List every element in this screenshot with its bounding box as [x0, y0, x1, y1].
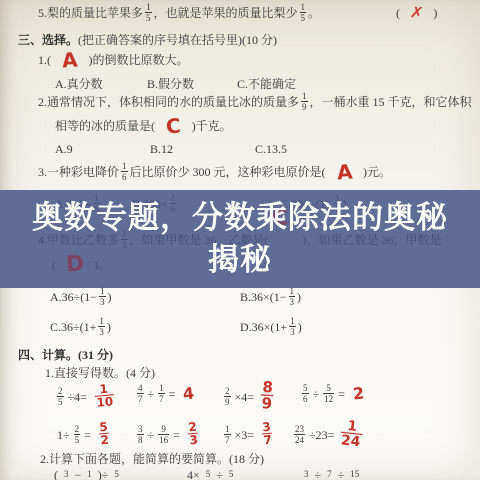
option-label: C.36÷(1+ — [50, 320, 96, 334]
numerator: 2 — [57, 387, 64, 396]
numerator: 5 — [325, 384, 332, 393]
denominator: 6 — [302, 393, 309, 404]
fraction: 29 — [224, 387, 231, 407]
option-label: D.36×(1+ — [240, 320, 287, 334]
numerator: 1 — [158, 384, 165, 393]
denominator: 5 — [57, 396, 64, 407]
operator: ÷ — [148, 428, 155, 442]
handwritten-answer-fraction: 110 — [94, 383, 115, 410]
handwritten-answer-a: A — [61, 49, 78, 70]
option-label: A.9 — [55, 142, 73, 156]
numerator: 3 — [302, 470, 311, 480]
fraction: 25 — [74, 425, 81, 445]
denominator: 7 — [158, 393, 165, 404]
numerator: 3 — [62, 470, 71, 480]
numerator: 3 — [137, 425, 144, 434]
calc-2-heading-text: 2.计算下面各题，能简算的要简算。(18 分) — [40, 452, 264, 466]
question-5-text: 5.梨的质量比苹果多 — [38, 6, 143, 20]
option-label-close: ) — [107, 320, 111, 334]
denominator: 16 — [158, 434, 169, 445]
denominator: 12 — [323, 393, 334, 404]
option-label: B.12 — [150, 142, 173, 156]
question-2-line-1: 2.通常情况下，体积相同的水的质量比冰的质量多 19 ，一桶水重 15 千克，和… — [38, 92, 472, 112]
option-label-close: ) — [298, 320, 302, 334]
numerator: 4 — [137, 384, 144, 393]
handwritten-answer: 2 — [352, 385, 365, 402]
numerator: 1 — [145, 3, 152, 12]
paren-open: ( — [396, 6, 400, 20]
equation-5: 1÷ 25 = 52 — [55, 422, 109, 447]
operator: ÷ — [315, 468, 322, 480]
question-4-option-c: C.36÷(1+ 13 ) — [50, 317, 111, 337]
numerator: 8 — [261, 381, 275, 395]
operand: 4× — [187, 468, 200, 480]
fraction-1-3: 13 — [99, 287, 106, 307]
equation-8: 2324 ÷23= 124 — [292, 422, 361, 447]
fraction-1-6: 16 — [121, 162, 128, 182]
denominator: 3 — [188, 433, 200, 448]
option-label: C.不能确定 — [237, 77, 296, 91]
numerator: 9 — [160, 425, 167, 434]
calc-2-expression-1: ( 3 − 1 )÷ 5 — [52, 468, 123, 480]
partial-fraction: 15 — [348, 470, 361, 480]
partial-fraction: 5 — [204, 470, 213, 480]
equals-sign: = — [173, 428, 180, 442]
fraction: 56 — [302, 384, 309, 404]
fraction-1-3: 13 — [289, 317, 296, 337]
denominator: 9 — [301, 101, 308, 112]
option-label: A.真分数 — [55, 77, 103, 91]
numerator: 7 — [325, 470, 334, 480]
handwritten-answer-a: A — [336, 161, 353, 182]
question-3-text-post: )元。 — [363, 165, 391, 179]
operator: ÷4= — [68, 390, 87, 404]
fraction: 17 — [224, 425, 231, 445]
handwritten-x-mark: ✗ — [409, 4, 425, 22]
operator: ×3= — [235, 428, 255, 442]
numerator: 23 — [294, 425, 305, 434]
question-1-line: 1.( A )的倒数比原数大。 — [38, 48, 188, 72]
option-label: C.13.5 — [255, 142, 287, 156]
numerator: 1 — [224, 425, 231, 434]
equation-4: 56 ÷ 512 = 2 — [300, 384, 364, 404]
operator: ×4= — [235, 390, 255, 404]
numerator: 1 — [99, 287, 106, 296]
denominator: 5 — [145, 12, 152, 23]
option-label: B.36×(1− — [240, 290, 287, 304]
section-3-note: (把正确答案的序号填在括号里)(10 分) — [78, 33, 277, 47]
denominator: 6 — [121, 171, 128, 182]
option-label: B.假分数 — [147, 77, 194, 91]
fraction: 916 — [158, 425, 169, 445]
equals-sign: = — [84, 428, 91, 442]
numerator: 1 — [121, 162, 128, 171]
equation-7: 17 ×3= 37 — [222, 422, 272, 447]
calc-2-expression-3: 3 ÷ 7 ÷ 15 — [300, 468, 363, 480]
fraction: 17 — [158, 384, 165, 404]
banner-title-line-2: 揭秘 — [208, 239, 272, 281]
question-3-text: 3.一种彩电降价 — [38, 165, 119, 179]
numerator: 1 — [301, 92, 308, 101]
section-4-title: 四、计算。(31 分) — [18, 348, 113, 362]
section-3-title: 三、选择。 — [18, 33, 78, 47]
equals-sign: = — [338, 387, 345, 401]
operator: − — [75, 468, 82, 480]
question-4-option-d: D.36×(1+ 13 ) — [240, 317, 302, 337]
question-2-option-a: A.9 — [55, 142, 73, 156]
operator: )÷ — [98, 468, 109, 480]
banner-title-line-1: 奥数专题，分数乘除法的奥秘 — [32, 197, 448, 239]
numerator: 1 — [98, 317, 105, 326]
calc-2-expression-2: 4× 5 ÷ 5 — [185, 468, 237, 480]
question-5-text-mid: ，也就是苹果的质量比梨少 — [154, 6, 298, 20]
partial-fraction: 5 — [112, 470, 121, 480]
option-label: A.36÷(1− — [50, 290, 97, 304]
question-1-option-a: A.真分数 — [55, 77, 103, 91]
denominator: 3 — [98, 326, 105, 337]
denominator: 3 — [99, 296, 106, 307]
operator: ÷ — [216, 468, 223, 480]
partial-fraction: 5 — [227, 470, 236, 480]
denominator: 3 — [289, 326, 296, 337]
fraction-1-5: 15 — [145, 3, 152, 23]
section-4-heading: 四、计算。(31 分) — [18, 348, 113, 362]
denominator: 8 — [137, 434, 144, 445]
denominator: 7 — [137, 393, 144, 404]
equation-6: 38 ÷ 916 = 23 — [135, 422, 198, 447]
question-2-text-2-post: )千克。 — [192, 119, 232, 133]
operand: 1÷ — [57, 428, 70, 442]
denominator: 9 — [260, 394, 274, 412]
denominator: 5 — [300, 12, 307, 23]
title-banner: A.300÷ 16 B.300× 16 C.300÷(1− 16 ) 4.甲数比… — [0, 190, 480, 288]
operator: ÷ — [148, 387, 155, 401]
fraction: 512 — [323, 384, 334, 404]
operator: ÷23= — [309, 428, 334, 442]
question-1-text-post: )的倒数比原数大。 — [88, 53, 188, 67]
question-2-option-c: C.13.5 — [255, 142, 287, 156]
denominator: 2 — [99, 433, 111, 448]
worksheet-page: 5.梨的质量比苹果多 15 ，也就是苹果的质量比梨少 15 。 ( ✗ ) 三、… — [0, 0, 480, 480]
calc-1-heading-text: 1.直接写得数。(4 分) — [45, 366, 155, 380]
question-1-option-c: C.不能确定 — [237, 77, 296, 91]
numerator: 2 — [74, 425, 81, 434]
paren-open: ( — [54, 468, 58, 480]
denominator: 7 — [224, 434, 231, 445]
question-5-line: 5.梨的质量比苹果多 15 ，也就是苹果的质量比梨少 15 。 — [38, 3, 320, 23]
partial-fraction: 3 — [302, 470, 311, 480]
fraction-1-3: 13 — [289, 287, 296, 307]
numerator: 1 — [289, 287, 296, 296]
denominator: 10 — [95, 394, 115, 410]
denominator: 7 — [262, 433, 274, 448]
option-label-close: ) — [108, 290, 112, 304]
denominator: 3 — [289, 296, 296, 307]
question-2-text-2: 相等的冰的质量是( — [55, 119, 155, 133]
paren-close: ) — [433, 6, 437, 20]
numerator: 1 — [85, 470, 94, 480]
partial-fraction: 3 — [62, 470, 71, 480]
fraction-1-3: 13 — [98, 317, 105, 337]
question-4-option-b: B.36×(1− 13 ) — [240, 287, 301, 307]
handwritten-answer: 4 — [183, 385, 196, 402]
handwritten-answer-fraction: 89 — [260, 381, 275, 413]
question-5-text-end: 。 — [308, 6, 320, 20]
question-1-text: 1.( — [38, 53, 51, 67]
equation-2: 47 ÷ 17 = 4 — [135, 384, 195, 404]
question-1-option-b: B.假分数 — [147, 77, 194, 91]
numerator: 15 — [348, 470, 361, 480]
option-label-close: ) — [297, 290, 301, 304]
fraction-1-5: 15 — [300, 3, 307, 23]
question-4-option-a: A.36÷(1− 13 ) — [50, 287, 112, 307]
numerator: 1 — [346, 420, 359, 434]
equation-3: 29 ×4= 89 — [222, 384, 272, 409]
section-3-heading: 三、选择。 (把正确答案的序号填在括号里)(10 分) — [18, 33, 277, 47]
handwritten-answer-fraction: 52 — [98, 422, 110, 448]
equation-1: 25 ÷4= 110 — [55, 384, 114, 409]
fraction: 38 — [137, 425, 144, 445]
calc-2-heading: 2.计算下面各题，能简算的要简算。(18 分) — [40, 452, 264, 466]
handwritten-answer-fraction: 124 — [340, 419, 364, 450]
calc-1-heading: 1.直接写得数。(4 分) — [45, 366, 155, 380]
numerator: 5 — [204, 470, 213, 480]
partial-fraction: 7 — [325, 470, 334, 480]
numerator: 1 — [300, 3, 307, 12]
fraction: 2324 — [294, 425, 305, 445]
fraction: 47 — [137, 384, 144, 404]
operator: ÷ — [338, 468, 345, 480]
fraction-1-9: 19 — [301, 92, 308, 112]
denominator: 24 — [294, 434, 305, 445]
question-5-answer-box: ( ✗ ) — [396, 5, 437, 21]
question-2-text: 2.通常情况下，体积相同的水的质量比冰的质量多 — [38, 95, 299, 109]
equals-sign: = — [169, 387, 176, 401]
denominator: 5 — [74, 434, 81, 445]
banner-title: 奥数专题，分数乘除法的奥秘 揭秘 — [0, 190, 480, 288]
numerator: 5 — [302, 384, 309, 393]
numerator: 5 — [227, 470, 236, 480]
numerator: 5 — [112, 470, 121, 480]
numerator: 2 — [224, 387, 231, 396]
partial-fraction: 1 — [85, 470, 94, 480]
handwritten-answer-c: C — [165, 116, 181, 137]
operator: ÷ — [313, 387, 320, 401]
handwritten-answer-fraction: 37 — [261, 422, 273, 448]
denominator: 9 — [224, 396, 231, 407]
question-2-option-b: B.12 — [150, 142, 173, 156]
question-3-text-mid: 后比原价少 300 元，这种彩电原价是( — [130, 165, 326, 179]
question-3-line: 3.一种彩电降价 16 后比原价少 300 元，这种彩电原价是( A )元。 — [38, 159, 391, 185]
denominator: 24 — [340, 432, 363, 450]
question-2-line-2: 相等的冰的质量是( C )千克。 — [55, 113, 232, 139]
handwritten-answer-fraction: 23 — [187, 422, 199, 448]
numerator: 1 — [289, 317, 296, 326]
question-2-text-post: ，一桶水重 15 千克，和它体积 — [310, 95, 472, 109]
fraction: 25 — [57, 387, 64, 407]
